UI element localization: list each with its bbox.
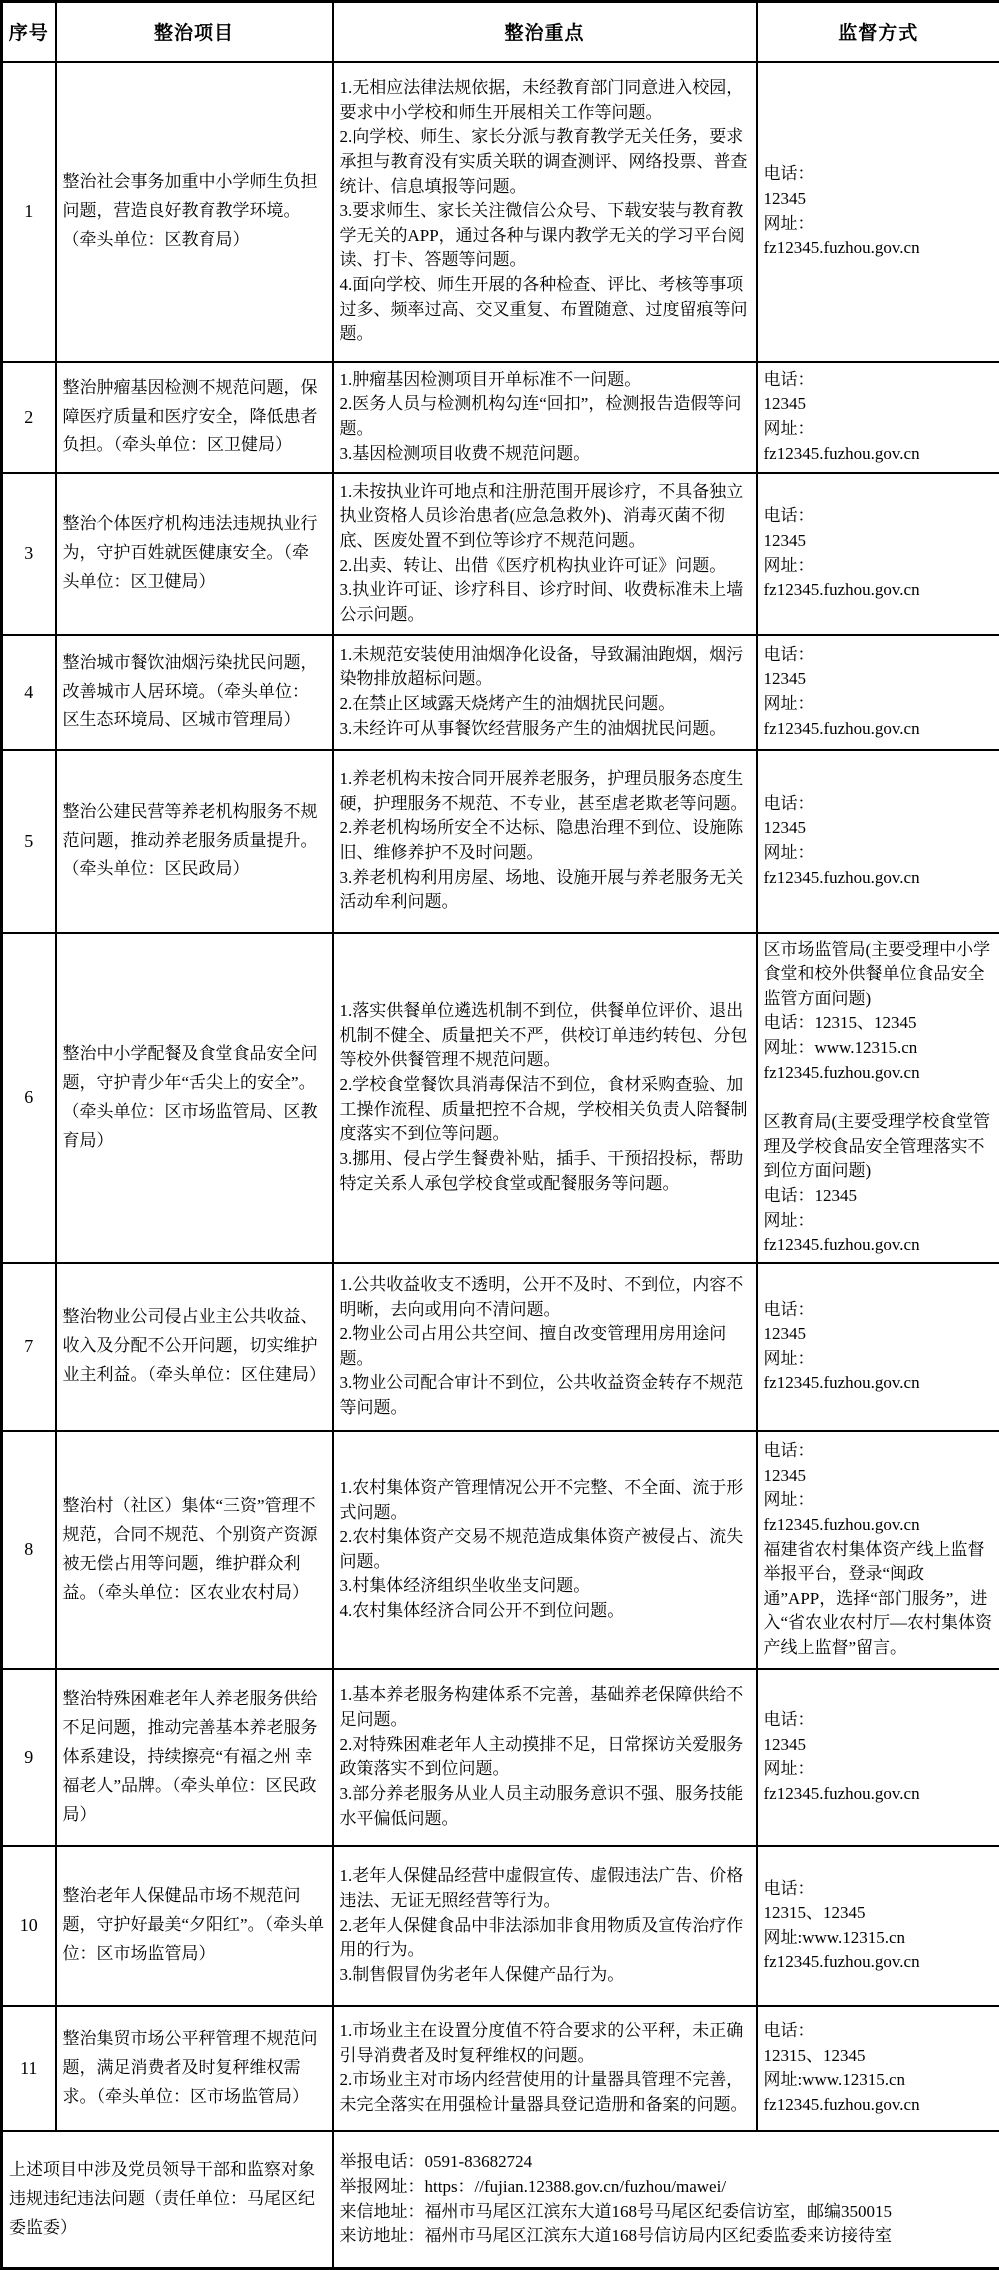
table-row: 1 整治社会事务加重中小学师生负担问题，营造良好教育教学环境。（牵头单位：区教育…	[2, 62, 999, 362]
table-row: 7 整治物业公司侵占业主公共收益、收入及分配不公开问题，切实维护业主利益。（牵头…	[2, 1263, 999, 1431]
project-cell: 整治公建民营等养老机构服务不规范问题，推动养老服务质量提升。（牵头单位：区民政局…	[56, 750, 333, 933]
table-row: 8 整治村（社区）集体“三资”管理不规范，合同不规范、个别资产资源被无偿占用等问…	[2, 1431, 999, 1669]
focus-cell: 1.落实供餐单位遴选机制不到位，供餐单位评价、退出机制不健全、质量把关不严，供校…	[333, 933, 757, 1263]
focus-cell: 1.公共收益收支不透明，公开不及时、不到位，内容不明晰，去向或用向不清问题。 2…	[333, 1263, 757, 1431]
project-cell: 整治中小学配餐及食堂食品安全问题，守护青少年“舌尖上的安全”。（牵头单位：区市场…	[56, 933, 333, 1263]
supervision-cell: 区市场监管局(主要受理中小学食堂和校外供餐单位食品安全监管方面问题) 电话：12…	[757, 933, 999, 1263]
rectification-table: 序号 整治项目 整治重点 监督方式 1 整治社会事务加重中小学师生负担问题，营造…	[0, 0, 999, 2270]
row-number-cell: 11	[2, 2006, 56, 2131]
row-number-cell: 1	[2, 62, 56, 362]
table-row: 10 整治老年人保健品市场不规范问题，守护好最美“夕阳红”。（牵头单位：区市场监…	[2, 1846, 999, 2006]
focus-cell: 1.肿瘤基因检测项目开单标准不一问题。 2.医务人员与检测机构勾连“回扣”，检测…	[333, 362, 757, 473]
table-row: 9 整治特殊困难老年人养老服务供给不足问题，推动完善基本养老服务体系建设，持续擦…	[2, 1669, 999, 1846]
supervision-cell: 电话： 12345 网址： fz12345.fuzhou.gov.cn	[757, 750, 999, 933]
focus-cell: 1.未规范安装使用油烟净化设备，导致漏油跑烟，烟污染物排放超标问题。 2.在禁止…	[333, 635, 757, 750]
focus-cell: 1.养老机构未按合同开展养老服务，护理员服务态度生硬，护理服务不规范、不专业，甚…	[333, 750, 757, 933]
supervision-cell: 电话： 12345 网址： fz12345.fuzhou.gov.cn	[757, 473, 999, 635]
project-cell: 整治村（社区）集体“三资”管理不规范，合同不规范、个别资产资源被无偿占用等问题，…	[56, 1431, 333, 1669]
project-cell: 整治集贸市场公平秤管理不规范问题，满足消费者及时复秤维权需求。（牵头单位：区市场…	[56, 2006, 333, 2131]
supervision-cell: 电话： 12315、12345 网址:www.12315.cn fz12345.…	[757, 2006, 999, 2131]
row-number-cell: 8	[2, 1431, 56, 1669]
row-number-cell: 6	[2, 933, 56, 1263]
footer-left-cell: 上述项目中涉及党员领导干部和监察对象违规违纪违法问题（责任单位：马尾区纪委监委）	[2, 2131, 333, 2269]
supervision-cell: 电话： 12345 网址： fz12345.fuzhou.gov.cn	[757, 635, 999, 750]
header-serial-number: 序号	[2, 2, 56, 62]
focus-cell: 1.未按执业许可地点和注册范围开展诊疗，不具备独立执业资格人员诊治患者(应急急救…	[333, 473, 757, 635]
table-row: 6 整治中小学配餐及食堂食品安全问题，守护青少年“舌尖上的安全”。（牵头单位：区…	[2, 933, 999, 1263]
header-supervision: 监督方式	[757, 2, 999, 62]
focus-cell: 1.市场业主在设置分度值不符合要求的公平秤，未正确引导消费者及时复秤维权的问题。…	[333, 2006, 757, 2131]
focus-cell: 1.无相应法律法规依据，未经教育部门同意进入校园，要求中小学校和师生开展相关工作…	[333, 62, 757, 362]
header-row: 序号 整治项目 整治重点 监督方式	[2, 2, 999, 62]
row-number-cell: 3	[2, 473, 56, 635]
row-number-cell: 7	[2, 1263, 56, 1431]
project-cell: 整治老年人保健品市场不规范问题，守护好最美“夕阳红”。（牵头单位：区市场监管局）	[56, 1846, 333, 2006]
project-cell: 整治社会事务加重中小学师生负担问题，营造良好教育教学环境。（牵头单位：区教育局）	[56, 62, 333, 362]
header-focus: 整治重点	[333, 2, 757, 62]
supervision-cell: 电话： 12345 网址： fz12345.fuzhou.gov.cn	[757, 1669, 999, 1846]
table-row: 5 整治公建民营等养老机构服务不规范问题，推动养老服务质量提升。（牵头单位：区民…	[2, 750, 999, 933]
table-row: 3 整治个体医疗机构违法违规执业行为，守护百姓就医健康安全。（牵头单位：区卫健局…	[2, 473, 999, 635]
focus-cell: 1.农村集体资产管理情况公开不完整、不全面、流于形式问题。 2.农村集体资产交易…	[333, 1431, 757, 1669]
table-row: 2 整治肿瘤基因检测不规范问题，保障医疗质量和医疗安全，降低患者负担。（牵头单位…	[2, 362, 999, 473]
supervision-cell: 电话： 12345 网址： fz12345.fuzhou.gov.cn	[757, 62, 999, 362]
supervision-cell: 电话： 12345 网址： fz12345.fuzhou.gov.cn	[757, 362, 999, 473]
table-row: 4 整治城市餐饮油烟污染扰民问题，改善城市人居环境。（牵头单位：区生态环境局、区…	[2, 635, 999, 750]
project-cell: 整治特殊困难老年人养老服务供给不足问题，推动完善基本养老服务体系建设，持续擦亮“…	[56, 1669, 333, 1846]
supervision-cell: 电话： 12315、12345 网址:www.12315.cn fz12345.…	[757, 1846, 999, 2006]
table-row: 11 整治集贸市场公平秤管理不规范问题，满足消费者及时复秤维权需求。（牵头单位：…	[2, 2006, 999, 2131]
focus-cell: 1.老年人保健品经营中虚假宣传、虚假违法广告、价格违法、无证无照经营等行为。 2…	[333, 1846, 757, 2006]
supervision-cell: 电话： 12345 网址： fz12345.fuzhou.gov.cn	[757, 1263, 999, 1431]
supervision-cell: 电话： 12345 网址： fz12345.fuzhou.gov.cn 福建省农…	[757, 1431, 999, 1669]
project-cell: 整治个体医疗机构违法违规执业行为，守护百姓就医健康安全。（牵头单位：区卫健局）	[56, 473, 333, 635]
row-number-cell: 2	[2, 362, 56, 473]
project-cell: 整治物业公司侵占业主公共收益、收入及分配不公开问题，切实维护业主利益。（牵头单位…	[56, 1263, 333, 1431]
header-project: 整治项目	[56, 2, 333, 62]
row-number-cell: 9	[2, 1669, 56, 1846]
row-number-cell: 4	[2, 635, 56, 750]
row-number-cell: 5	[2, 750, 56, 933]
row-number-cell: 10	[2, 1846, 56, 2006]
project-cell: 整治城市餐饮油烟污染扰民问题，改善城市人居环境。（牵头单位：区生态环境局、区城市…	[56, 635, 333, 750]
footer-right-cell: 举报电话：0591-83682724 举报网址：https：//fujian.1…	[333, 2131, 999, 2269]
project-cell: 整治肿瘤基因检测不规范问题，保障医疗质量和医疗安全，降低患者负担。（牵头单位：区…	[56, 362, 333, 473]
footer-row: 上述项目中涉及党员领导干部和监察对象违规违纪违法问题（责任单位：马尾区纪委监委）…	[2, 2131, 999, 2269]
focus-cell: 1.基本养老服务构建体系不完善，基础养老保障供给不足问题。 2.对特殊困难老年人…	[333, 1669, 757, 1846]
document-page: 序号 整治项目 整治重点 监督方式 1 整治社会事务加重中小学师生负担问题，营造…	[0, 0, 999, 2270]
